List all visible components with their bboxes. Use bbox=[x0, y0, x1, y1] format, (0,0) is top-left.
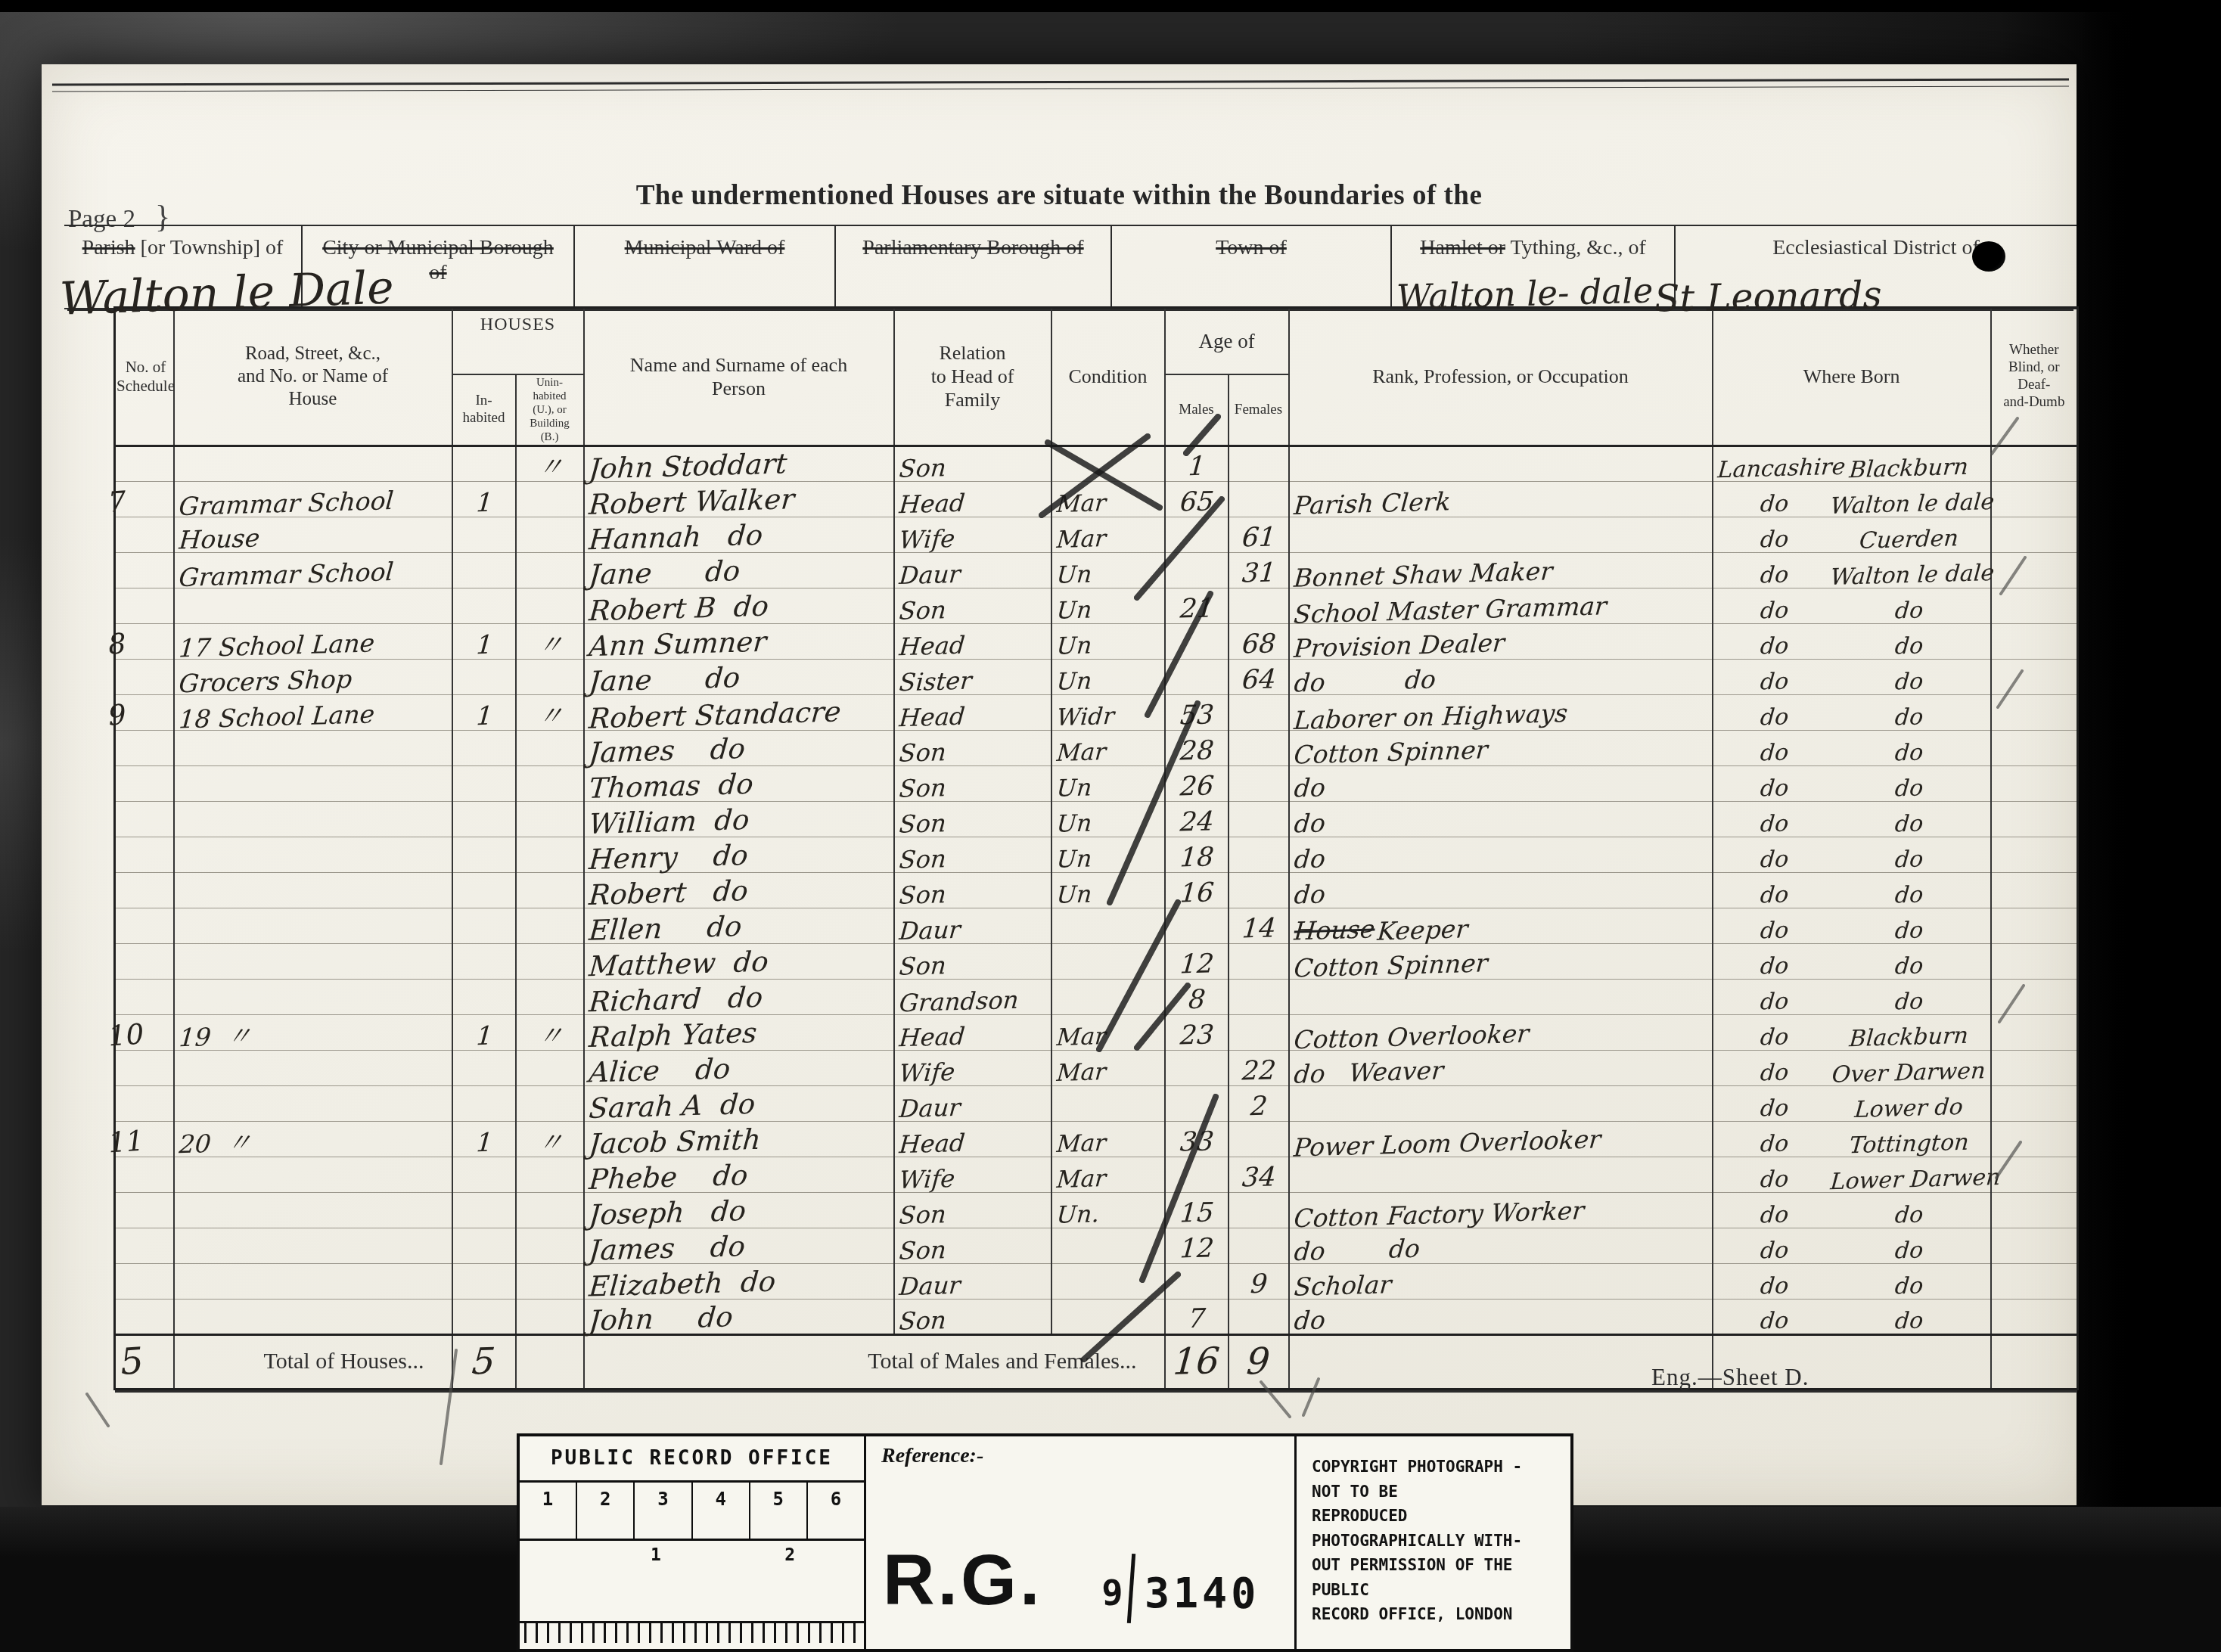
cell-inhabited bbox=[452, 872, 516, 908]
cell-occupation bbox=[1289, 446, 1713, 481]
cell-age-male bbox=[1165, 1085, 1229, 1121]
cell-schedule-no: 10 bbox=[115, 1014, 174, 1050]
cell-blind-deaf bbox=[1991, 837, 2078, 872]
cell-schedule-no bbox=[115, 872, 174, 908]
cell-condition: Mar bbox=[1051, 1014, 1165, 1050]
cell-road-house bbox=[174, 1192, 452, 1228]
cell-person-name: James do bbox=[584, 1228, 894, 1263]
col-condition: Condition bbox=[1051, 308, 1165, 446]
cell-where-born: dodo bbox=[1713, 1192, 1991, 1228]
cell-relation: Son bbox=[894, 872, 1051, 908]
boundary-field-label: Town of bbox=[1216, 235, 1287, 260]
cell-road-house bbox=[174, 1263, 452, 1299]
census-entry-row: Robert doSonUn16dododo bbox=[115, 872, 2078, 908]
cell-uninhabited bbox=[516, 481, 584, 517]
census-entry-row: 817 School Lane1〃Ann SumnerHeadUn68Provi… bbox=[115, 623, 2078, 659]
ruler-cell-2: 2 bbox=[577, 1483, 635, 1539]
cell-inhabited: 1 bbox=[452, 623, 516, 659]
cell-relation: Wife bbox=[894, 1157, 1051, 1192]
cell-occupation bbox=[1289, 979, 1713, 1014]
cell-inhabited bbox=[452, 659, 516, 694]
cell-inhabited bbox=[452, 765, 516, 801]
cell-inhabited bbox=[452, 1228, 516, 1263]
cell-blind-deaf bbox=[1991, 694, 2078, 730]
cell-age-male: 33 bbox=[1165, 1121, 1229, 1157]
cell-age-female bbox=[1229, 1192, 1289, 1228]
cell-person-name: Jane do bbox=[584, 659, 894, 694]
total-males-value: 16 bbox=[1172, 1343, 1221, 1380]
census-entry-row: Matthew doSon12Cotton Spinnerdodo bbox=[115, 943, 2078, 979]
cell-inhabited: 1 bbox=[452, 481, 516, 517]
cell-blind-deaf bbox=[1991, 623, 2078, 659]
boundary-field-3: Parliamentary Borough of bbox=[836, 226, 1112, 308]
cell-uninhabited bbox=[516, 1228, 584, 1263]
cell-age-female bbox=[1229, 481, 1289, 517]
cell-condition bbox=[1051, 446, 1165, 481]
census-entry-row: Alice doWifeMar22do WeaverdoOver Darwen bbox=[115, 1050, 2078, 1085]
sheet-label: Eng.—Sheet D. bbox=[1651, 1364, 1809, 1391]
cell-road-house bbox=[174, 943, 452, 979]
cell-blind-deaf bbox=[1991, 872, 2078, 908]
cell-relation: Sister bbox=[894, 659, 1051, 694]
cell-road-house bbox=[174, 1228, 452, 1263]
cell-schedule-no bbox=[115, 659, 174, 694]
census-entry-row: James doSonMar28Cotton Spinnerdodo bbox=[115, 730, 2078, 765]
census-entry-row: James doSon12do dododo bbox=[115, 1228, 2078, 1263]
cell-uninhabited: 〃 bbox=[516, 694, 584, 730]
cell-condition: Mar bbox=[1051, 1157, 1165, 1192]
cell-inhabited bbox=[452, 943, 516, 979]
cell-age-female: 22 bbox=[1229, 1050, 1289, 1085]
piece-number: 3140 bbox=[1145, 1569, 1260, 1617]
cell-uninhabited bbox=[516, 659, 584, 694]
cell-schedule-no bbox=[115, 730, 174, 765]
cell-blind-deaf bbox=[1991, 908, 2078, 943]
cell-uninhabited bbox=[516, 1299, 584, 1334]
census-entry-row: Ellen doDaur14House Keeperdodo bbox=[115, 908, 2078, 943]
census-entry-row: Robert B doSonUn21School Master Grammard… bbox=[115, 588, 2078, 623]
ruler-number-1: 1 bbox=[651, 1545, 661, 1565]
cell-schedule-no bbox=[115, 801, 174, 837]
census-entry-row: HouseHannah doWifeMar61doCuerden bbox=[115, 517, 2078, 552]
cell-person-name: Robert Walker bbox=[584, 481, 894, 517]
cell-occupation: do Weaver bbox=[1289, 1050, 1713, 1085]
cell-age-male: 1 bbox=[1165, 446, 1229, 481]
cell-person-name: Jane do bbox=[584, 552, 894, 588]
cell-occupation: do bbox=[1289, 1299, 1713, 1334]
census-entry-row: Elizabeth doDaur9Scholardodo bbox=[115, 1263, 2078, 1299]
cell-age-female bbox=[1229, 1228, 1289, 1263]
cell-age-female: 61 bbox=[1229, 517, 1289, 552]
cell-person-name: John Stoddart bbox=[584, 446, 894, 481]
cell-person-name: Jacob Smith bbox=[584, 1121, 894, 1157]
census-entry-row: John doSon7dododo bbox=[115, 1299, 2078, 1334]
cell-occupation: Laborer on Highways bbox=[1289, 694, 1713, 730]
cell-age-female: 31 bbox=[1229, 552, 1289, 588]
cell-inhabited: 1 bbox=[452, 1121, 516, 1157]
cell-relation: Head bbox=[894, 1121, 1051, 1157]
cell-where-born: dodo bbox=[1713, 872, 1991, 908]
cell-where-born: dodo bbox=[1713, 943, 1991, 979]
cell-condition bbox=[1051, 908, 1165, 943]
cell-where-born: doLower Darwen bbox=[1713, 1157, 1991, 1192]
cell-age-male: 12 bbox=[1165, 1228, 1229, 1263]
cell-occupation: do do bbox=[1289, 659, 1713, 694]
cell-schedule-no: 9 bbox=[115, 694, 174, 730]
cell-relation: Daur bbox=[894, 1085, 1051, 1121]
cell-road-house bbox=[174, 588, 452, 623]
cell-blind-deaf bbox=[1991, 801, 2078, 837]
cell-condition bbox=[1051, 1228, 1165, 1263]
cell-where-born: dodo bbox=[1713, 908, 1991, 943]
cell-road-house bbox=[174, 765, 452, 801]
cell-blind-deaf bbox=[1991, 979, 2078, 1014]
cell-age-male: 53 bbox=[1165, 694, 1229, 730]
cell-uninhabited bbox=[516, 517, 584, 552]
boundary-field-6: Ecclesiastical District ofSt Leonards bbox=[1676, 226, 2077, 308]
cell-blind-deaf bbox=[1991, 517, 2078, 552]
cell-condition: Mar bbox=[1051, 1050, 1165, 1085]
cell-blind-deaf bbox=[1991, 1157, 2078, 1192]
cell-inhabited bbox=[452, 1085, 516, 1121]
cell-blind-deaf bbox=[1991, 1263, 2078, 1299]
census-entry-row: 918 School Lane1〃Robert StandacreHeadWid… bbox=[115, 694, 2078, 730]
cell-inhabited bbox=[452, 801, 516, 837]
cell-person-name: Richard do bbox=[584, 979, 894, 1014]
col-age-group: Age of bbox=[1165, 308, 1289, 374]
census-entry-row: Grocers ShopJane doSisterUn64do dododo bbox=[115, 659, 2078, 694]
cell-where-born: doBlackburn bbox=[1713, 1014, 1991, 1050]
cell-uninhabited bbox=[516, 730, 584, 765]
cell-schedule-no bbox=[115, 979, 174, 1014]
cell-road-house bbox=[174, 1085, 452, 1121]
cell-inhabited bbox=[452, 730, 516, 765]
cell-where-born: dodo bbox=[1713, 1299, 1991, 1334]
cell-schedule-no bbox=[115, 1263, 174, 1299]
cell-person-name: Alice do bbox=[584, 1050, 894, 1085]
cell-age-female bbox=[1229, 694, 1289, 730]
ruler-cell-3: 3 bbox=[635, 1483, 692, 1539]
boundary-field-label: Hamlet or Tything, &c., of bbox=[1420, 235, 1645, 260]
col-road: Road, Street, &c., and No. or Name of Ho… bbox=[174, 308, 452, 446]
cell-road-house bbox=[174, 801, 452, 837]
cell-where-born: doLower do bbox=[1713, 1085, 1991, 1121]
cell-relation: Son bbox=[894, 588, 1051, 623]
cell-occupation: do do bbox=[1289, 1228, 1713, 1263]
cell-blind-deaf bbox=[1991, 1192, 2078, 1228]
cell-condition: Un bbox=[1051, 765, 1165, 801]
total-houses-label: Total of Houses... bbox=[174, 1334, 452, 1389]
cell-inhabited bbox=[452, 588, 516, 623]
cell-blind-deaf bbox=[1991, 1228, 2078, 1263]
boundary-field-5: Hamlet or Tything, &c., ofWalton le- dal… bbox=[1392, 226, 1676, 308]
col-name: Name and Surname of each Person bbox=[584, 308, 894, 446]
cell-occupation: Cotton Spinner bbox=[1289, 730, 1713, 765]
cell-age-female bbox=[1229, 1121, 1289, 1157]
ink-blot bbox=[1972, 241, 2005, 272]
cell-blind-deaf bbox=[1991, 1014, 2078, 1050]
cell-relation: Son bbox=[894, 943, 1051, 979]
census-entry-row: Richard doGrandson8dodo bbox=[115, 979, 2078, 1014]
cell-age-male: 7 bbox=[1165, 1299, 1229, 1334]
boundary-field-label: Parliamentary Borough of bbox=[862, 235, 1083, 260]
cell-age-female bbox=[1229, 979, 1289, 1014]
cell-relation: Grandson bbox=[894, 979, 1051, 1014]
cell-relation: Son bbox=[894, 1228, 1051, 1263]
cell-road-house bbox=[174, 730, 452, 765]
cell-blind-deaf bbox=[1991, 1121, 2078, 1157]
cell-schedule-no bbox=[115, 552, 174, 588]
cell-age-female bbox=[1229, 765, 1289, 801]
cell-age-female bbox=[1229, 837, 1289, 872]
cell-condition: Un bbox=[1051, 659, 1165, 694]
cell-schedule-no bbox=[115, 1085, 174, 1121]
cell-occupation bbox=[1289, 517, 1713, 552]
cell-person-name: Thomas do bbox=[584, 765, 894, 801]
cell-uninhabited: 〃 bbox=[516, 1121, 584, 1157]
ruler-cell-1: 1 bbox=[520, 1483, 577, 1539]
cell-occupation: Scholar bbox=[1289, 1263, 1713, 1299]
cell-inhabited bbox=[452, 908, 516, 943]
page-top-rule bbox=[52, 79, 2069, 92]
cell-age-male: 21 bbox=[1165, 588, 1229, 623]
cell-age-female bbox=[1229, 588, 1289, 623]
total-males-females-label: Total of Males and Females... bbox=[584, 1334, 1165, 1389]
col-houses-group: HOUSES bbox=[452, 308, 584, 374]
cell-person-name: Ralph Yates bbox=[584, 1014, 894, 1050]
census-entry-row: Henry doSonUn18dododo bbox=[115, 837, 2078, 872]
cell-blind-deaf bbox=[1991, 446, 2078, 481]
cell-schedule-no bbox=[115, 1157, 174, 1192]
ruler-cell-5: 5 bbox=[750, 1483, 808, 1539]
cell-where-born: dodo bbox=[1713, 765, 1991, 801]
cell-relation: Daur bbox=[894, 1263, 1051, 1299]
col-age-males: Males bbox=[1165, 374, 1229, 446]
cell-person-name: Ellen do bbox=[584, 908, 894, 943]
cell-where-born: dodo bbox=[1713, 730, 1991, 765]
cell-where-born: dodo bbox=[1713, 623, 1991, 659]
boundary-field-1: City or Municipal Borough of bbox=[303, 226, 575, 308]
census-entry-row: 7Grammar School1Robert WalkerHeadMar65Pa… bbox=[115, 481, 2078, 517]
cell-schedule-no bbox=[115, 837, 174, 872]
cell-person-name: Joseph do bbox=[584, 1192, 894, 1228]
cell-road-house: House bbox=[174, 517, 452, 552]
cell-uninhabited bbox=[516, 1192, 584, 1228]
cell-uninhabited bbox=[516, 552, 584, 588]
cell-road-house bbox=[174, 446, 452, 481]
cell-schedule-no bbox=[115, 1050, 174, 1085]
ruler-number-2: 2 bbox=[784, 1545, 795, 1565]
cell-relation: Son bbox=[894, 730, 1051, 765]
page-title: The undermentioned Houses are situate wi… bbox=[42, 179, 2077, 212]
cell-relation: Head bbox=[894, 481, 1051, 517]
cell-road-house bbox=[174, 872, 452, 908]
cell-person-name: Matthew do bbox=[584, 943, 894, 979]
stamp-ruler-panel: PUBLIC RECORD OFFICE 123456 1 2 bbox=[520, 1436, 866, 1649]
cell-inhabited bbox=[452, 446, 516, 481]
col-schedule: No. of Schedule bbox=[115, 308, 174, 446]
cell-occupation: Power Loom Overlooker bbox=[1289, 1121, 1713, 1157]
cell-schedule-no bbox=[115, 588, 174, 623]
cell-relation: Son bbox=[894, 765, 1051, 801]
cell-road-house bbox=[174, 1050, 452, 1085]
cell-condition: Un bbox=[1051, 837, 1165, 872]
cell-schedule-no bbox=[115, 1192, 174, 1228]
total-females-value: 9 bbox=[1245, 1343, 1271, 1380]
series-piece-divider bbox=[1127, 1554, 1135, 1623]
col-inhabited: In- habited bbox=[452, 374, 516, 446]
cell-condition: Un. bbox=[1051, 1192, 1165, 1228]
cell-age-female bbox=[1229, 801, 1289, 837]
cell-inhabited bbox=[452, 1299, 516, 1334]
cell-road-house bbox=[174, 979, 452, 1014]
cell-road-house: 18 School Lane bbox=[174, 694, 452, 730]
cell-where-born: dodo bbox=[1713, 801, 1991, 837]
cell-inhabited bbox=[452, 1157, 516, 1192]
cell-age-male: 15 bbox=[1165, 1192, 1229, 1228]
census-entry-row: Phebe doWifeMar34doLower Darwen bbox=[115, 1157, 2078, 1192]
cell-uninhabited bbox=[516, 943, 584, 979]
cell-person-name: Robert do bbox=[584, 872, 894, 908]
cell-road-house bbox=[174, 1157, 452, 1192]
cell-uninhabited bbox=[516, 801, 584, 837]
cell-where-born: dodo bbox=[1713, 659, 1991, 694]
col-where-born: Where Born bbox=[1713, 308, 1991, 446]
cell-condition bbox=[1051, 979, 1165, 1014]
cell-condition: Un bbox=[1051, 552, 1165, 588]
cell-where-born: doWalton le dale bbox=[1713, 481, 1991, 517]
cell-age-male: 12 bbox=[1165, 943, 1229, 979]
cell-where-born: LancashireBlackburn bbox=[1713, 446, 1991, 481]
cell-where-born: doWalton le dale bbox=[1713, 552, 1991, 588]
cell-age-male: 18 bbox=[1165, 837, 1229, 872]
cell-age-male bbox=[1165, 908, 1229, 943]
col-occupation: Rank, Profession, or Occupation bbox=[1289, 308, 1713, 446]
cell-occupation: do bbox=[1289, 837, 1713, 872]
cell-condition bbox=[1051, 1299, 1165, 1334]
boundary-fields-band: Parish [or Township] ofWalton le DaleCit… bbox=[64, 225, 2077, 309]
cell-uninhabited: 〃 bbox=[516, 446, 584, 481]
cell-inhabited bbox=[452, 517, 516, 552]
copyright-notice: COPYRIGHT PHOTOGRAPH - NOT TO BE REPRODU… bbox=[1297, 1436, 1570, 1649]
cell-person-name: Ann Sumner bbox=[584, 623, 894, 659]
cell-inhabited bbox=[452, 1263, 516, 1299]
cell-age-male bbox=[1165, 623, 1229, 659]
cell-age-male: 23 bbox=[1165, 1014, 1229, 1050]
cell-age-female bbox=[1229, 446, 1289, 481]
cell-occupation: Provision Dealer bbox=[1289, 623, 1713, 659]
boundary-field-label: Municipal Ward of bbox=[625, 235, 785, 260]
cell-condition: Widr bbox=[1051, 694, 1165, 730]
cell-condition: Mar bbox=[1051, 517, 1165, 552]
cell-occupation: House Keeper bbox=[1289, 908, 1713, 943]
cell-where-born: dodo bbox=[1713, 694, 1991, 730]
cell-uninhabited bbox=[516, 588, 584, 623]
cell-inhabited: 1 bbox=[452, 1014, 516, 1050]
cell-uninhabited bbox=[516, 837, 584, 872]
cell-relation: Wife bbox=[894, 517, 1051, 552]
cell-occupation: Parish Clerk bbox=[1289, 481, 1713, 517]
cell-inhabited bbox=[452, 1192, 516, 1228]
cell-blind-deaf bbox=[1991, 943, 2078, 979]
census-page: Page 2} The undermentioned Houses are si… bbox=[42, 64, 2077, 1505]
pro-stamp-card: PUBLIC RECORD OFFICE 123456 1 2 Referenc… bbox=[517, 1433, 1573, 1652]
cell-person-name: Robert B do bbox=[584, 588, 894, 623]
photo-canvas: Page 2} The undermentioned Houses are si… bbox=[0, 0, 2221, 1652]
cell-where-born: dodo bbox=[1713, 837, 1991, 872]
cell-person-name: Phebe do bbox=[584, 1157, 894, 1192]
cell-occupation: Cotton Overlooker bbox=[1289, 1014, 1713, 1050]
census-entry-row: 1120 〃1〃Jacob SmithHeadMar33Power Loom O… bbox=[115, 1121, 2078, 1157]
cell-condition: Un bbox=[1051, 588, 1165, 623]
cell-age-female bbox=[1229, 1299, 1289, 1334]
cell-relation: Son bbox=[894, 1192, 1051, 1228]
census-entry-row: Grammar SchoolJane doDaurUn31Bonnet Shaw… bbox=[115, 552, 2078, 588]
cell-condition bbox=[1051, 943, 1165, 979]
boundary-field-4: Town of bbox=[1112, 226, 1392, 308]
cell-relation: Son bbox=[894, 446, 1051, 481]
cell-age-male bbox=[1165, 1157, 1229, 1192]
cell-age-female bbox=[1229, 730, 1289, 765]
series-number: 9 bbox=[1101, 1573, 1123, 1614]
cell-uninhabited bbox=[516, 872, 584, 908]
census-entries: 〃John StoddartSon1LancashireBlackburn7Gr… bbox=[115, 446, 2078, 1334]
cell-blind-deaf bbox=[1991, 659, 2078, 694]
cell-schedule-no bbox=[115, 943, 174, 979]
cell-condition bbox=[1051, 1263, 1165, 1299]
census-entry-row: Thomas doSonUn26dododo bbox=[115, 765, 2078, 801]
ruler-ticks bbox=[524, 1623, 859, 1643]
cell-road-house bbox=[174, 1299, 452, 1334]
cell-uninhabited: 〃 bbox=[516, 623, 584, 659]
cell-where-born: dodo bbox=[1713, 979, 1991, 1014]
cell-person-name: William do bbox=[584, 801, 894, 837]
cell-condition: Un bbox=[1051, 623, 1165, 659]
cell-condition: Un bbox=[1051, 872, 1165, 908]
reference-label: Reference:- bbox=[881, 1444, 983, 1468]
cell-age-male bbox=[1165, 517, 1229, 552]
census-entry-row: Sarah A doDaur2doLower do bbox=[115, 1085, 2078, 1121]
cell-age-male bbox=[1165, 1050, 1229, 1085]
cell-uninhabited bbox=[516, 1157, 584, 1192]
cell-uninhabited: 〃 bbox=[516, 1014, 584, 1050]
cell-age-male bbox=[1165, 1263, 1229, 1299]
cell-road-house: 19 〃 bbox=[174, 1014, 452, 1050]
cell-age-male bbox=[1165, 552, 1229, 588]
cell-uninhabited bbox=[516, 1263, 584, 1299]
cell-age-female: 9 bbox=[1229, 1263, 1289, 1299]
cell-age-female bbox=[1229, 872, 1289, 908]
cell-blind-deaf bbox=[1991, 1050, 2078, 1085]
cell-blind-deaf bbox=[1991, 1299, 2078, 1334]
cell-schedule-no: 8 bbox=[115, 623, 174, 659]
cell-age-female bbox=[1229, 1014, 1289, 1050]
cell-blind-deaf bbox=[1991, 730, 2078, 765]
cell-age-male: 16 bbox=[1165, 872, 1229, 908]
cell-occupation: do bbox=[1289, 801, 1713, 837]
cell-occupation: Bonnet Shaw Maker bbox=[1289, 552, 1713, 588]
boundary-field-label: Parish [or Township] of bbox=[82, 235, 284, 260]
column-headers: No. of Schedule Road, Street, &c., and N… bbox=[115, 308, 2078, 446]
cell-schedule-no bbox=[115, 517, 174, 552]
cell-road-house bbox=[174, 908, 452, 943]
cell-road-house: Grammar School bbox=[174, 481, 452, 517]
cell-age-male: 65 bbox=[1165, 481, 1229, 517]
cell-occupation: Cotton Spinner bbox=[1289, 943, 1713, 979]
census-entry-row: 1019 〃1〃Ralph YatesHeadMar23Cotton Overl… bbox=[115, 1014, 2078, 1050]
cell-condition: Un bbox=[1051, 801, 1165, 837]
ruler-cell-6: 6 bbox=[808, 1483, 864, 1539]
